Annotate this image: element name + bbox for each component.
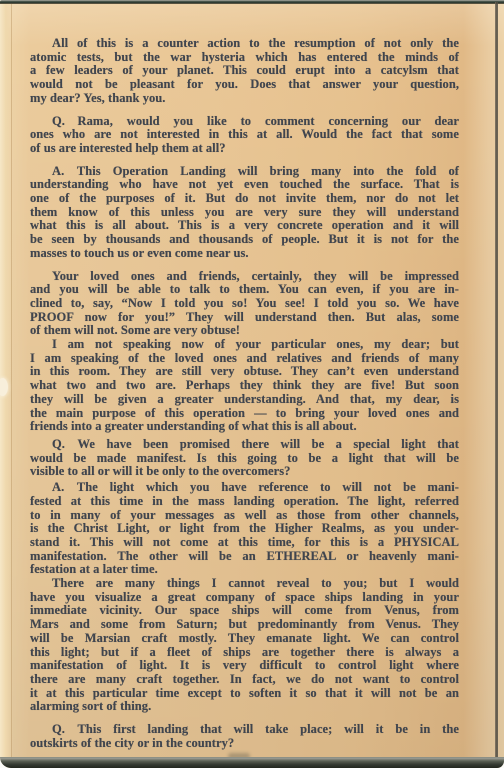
text-line: it at this particular time except to sof… — [30, 687, 459, 701]
text-line: atomic tests, but the war hysteria which… — [30, 51, 459, 65]
text-line: PROOF now for you!” They will understand… — [30, 311, 459, 325]
text-line: Q. We have been promised there will be a… — [30, 438, 459, 452]
paragraph-question: Q. Rama, would you like to comment conce… — [30, 115, 459, 156]
text-line: and you will be able to talk to them. Yo… — [30, 283, 459, 297]
text-line: my dear? Yes, thank you. — [30, 92, 459, 106]
text-line: what this is all about. This is a very c… — [30, 219, 459, 233]
scan-edge-top — [0, 0, 504, 4]
text-line: would not be pleasant for you. Does that… — [30, 78, 459, 92]
page-crease-line — [11, 0, 12, 758]
text-line: this light; but if a fleet of ships are … — [30, 646, 459, 660]
text-line: outskirts of the city or in the country? — [30, 737, 459, 751]
scan-edge-right — [495, 2, 498, 760]
text-line: manifestation of light. It is very diffi… — [30, 659, 459, 673]
text-line: what two and two are. Perhaps they think… — [30, 379, 459, 393]
text-line: immediate vicinity. Our space ships will… — [30, 604, 459, 618]
text-line: Q. This first landing that will take pla… — [30, 723, 459, 737]
text-line: A. This Operation Landing will bring man… — [30, 165, 459, 179]
text-line: in this room. They are still very obtuse… — [30, 365, 459, 379]
text-line: the main purpose of this operation — to … — [30, 407, 459, 421]
text-line: of us are interested help them at all? — [30, 142, 459, 156]
paragraph-question: Q. This first landing that will take pla… — [30, 723, 459, 750]
text-line: alarming sort of thing. — [30, 700, 459, 714]
text-block: All of this is a counter action to the r… — [30, 37, 459, 750]
paragraph-answer: A. The light which you have reference to… — [30, 481, 459, 577]
text-line: I am speaking of the loved ones and rela… — [30, 352, 459, 366]
text-line: ones who are not interested in this at a… — [30, 128, 459, 142]
scanned-page: All of this is a counter action to the r… — [0, 0, 504, 768]
text-line: understanding who have not yet even touc… — [30, 178, 459, 192]
paragraph-answer: A. This Operation Landing will bring man… — [30, 165, 459, 261]
text-line: they will be given a greater understandi… — [30, 393, 459, 407]
paragraph-body: Your loved ones and friends, certainly, … — [30, 270, 459, 339]
text-line: would be made manifest. Is this going to… — [30, 452, 459, 466]
text-line: fested at this time in the mass landing … — [30, 495, 459, 509]
paragraph-body: I am not speaking now of your particular… — [30, 338, 459, 434]
text-line: All of this is a counter action to the r… — [30, 37, 459, 51]
text-line: one of the purposes of it. But do not in… — [30, 192, 459, 206]
paragraph-body: There are many things I cannot reveal to… — [30, 577, 459, 714]
text-line: Mars and some from Saturn; but predomina… — [30, 618, 459, 632]
text-line: Your loved ones and friends, certainly, … — [30, 270, 459, 284]
text-line: masses to touch us or even come near us. — [30, 247, 459, 261]
text-line: will be Marsian craft mostly. They emana… — [30, 632, 459, 646]
text-line: festation at a later time. — [30, 563, 459, 577]
text-line: them know of this unless you are very su… — [30, 206, 459, 220]
text-line: stand it. This will not come at this tim… — [30, 536, 459, 550]
text-line: be seen by thousands and thousands of pe… — [30, 233, 459, 247]
text-line: manifestation. The other will be an ETHE… — [30, 550, 459, 564]
text-line: There are many things I cannot reveal to… — [30, 577, 459, 591]
text-line: visible to all or will it be only to the… — [30, 465, 459, 479]
text-line: A. The light which you have reference to… — [30, 481, 459, 495]
paragraph-body: All of this is a counter action to the r… — [30, 37, 459, 106]
scan-edge-bottom — [0, 757, 504, 768]
text-line: is the Christ Light, or light from the H… — [30, 522, 459, 536]
paragraph-question: Q. We have been promised there will be a… — [30, 438, 459, 479]
text-line: a few leaders of your planet. This could… — [30, 64, 459, 78]
text-line: Q. Rama, would you like to comment conce… — [30, 115, 459, 129]
text-line: have you visualize a great company of sp… — [30, 591, 459, 605]
text-line: friends into a greater understanding of … — [30, 420, 459, 434]
text-line: there are many craft together. In fact, … — [30, 673, 459, 687]
text-line: I am not speaking now of your particular… — [30, 338, 459, 352]
text-line: to in many of your messages as well as t… — [30, 509, 459, 523]
text-line: of them will not. Some are very obtuse! — [30, 324, 459, 338]
text-line: clined to, say, “Now I told you so! You … — [30, 297, 459, 311]
